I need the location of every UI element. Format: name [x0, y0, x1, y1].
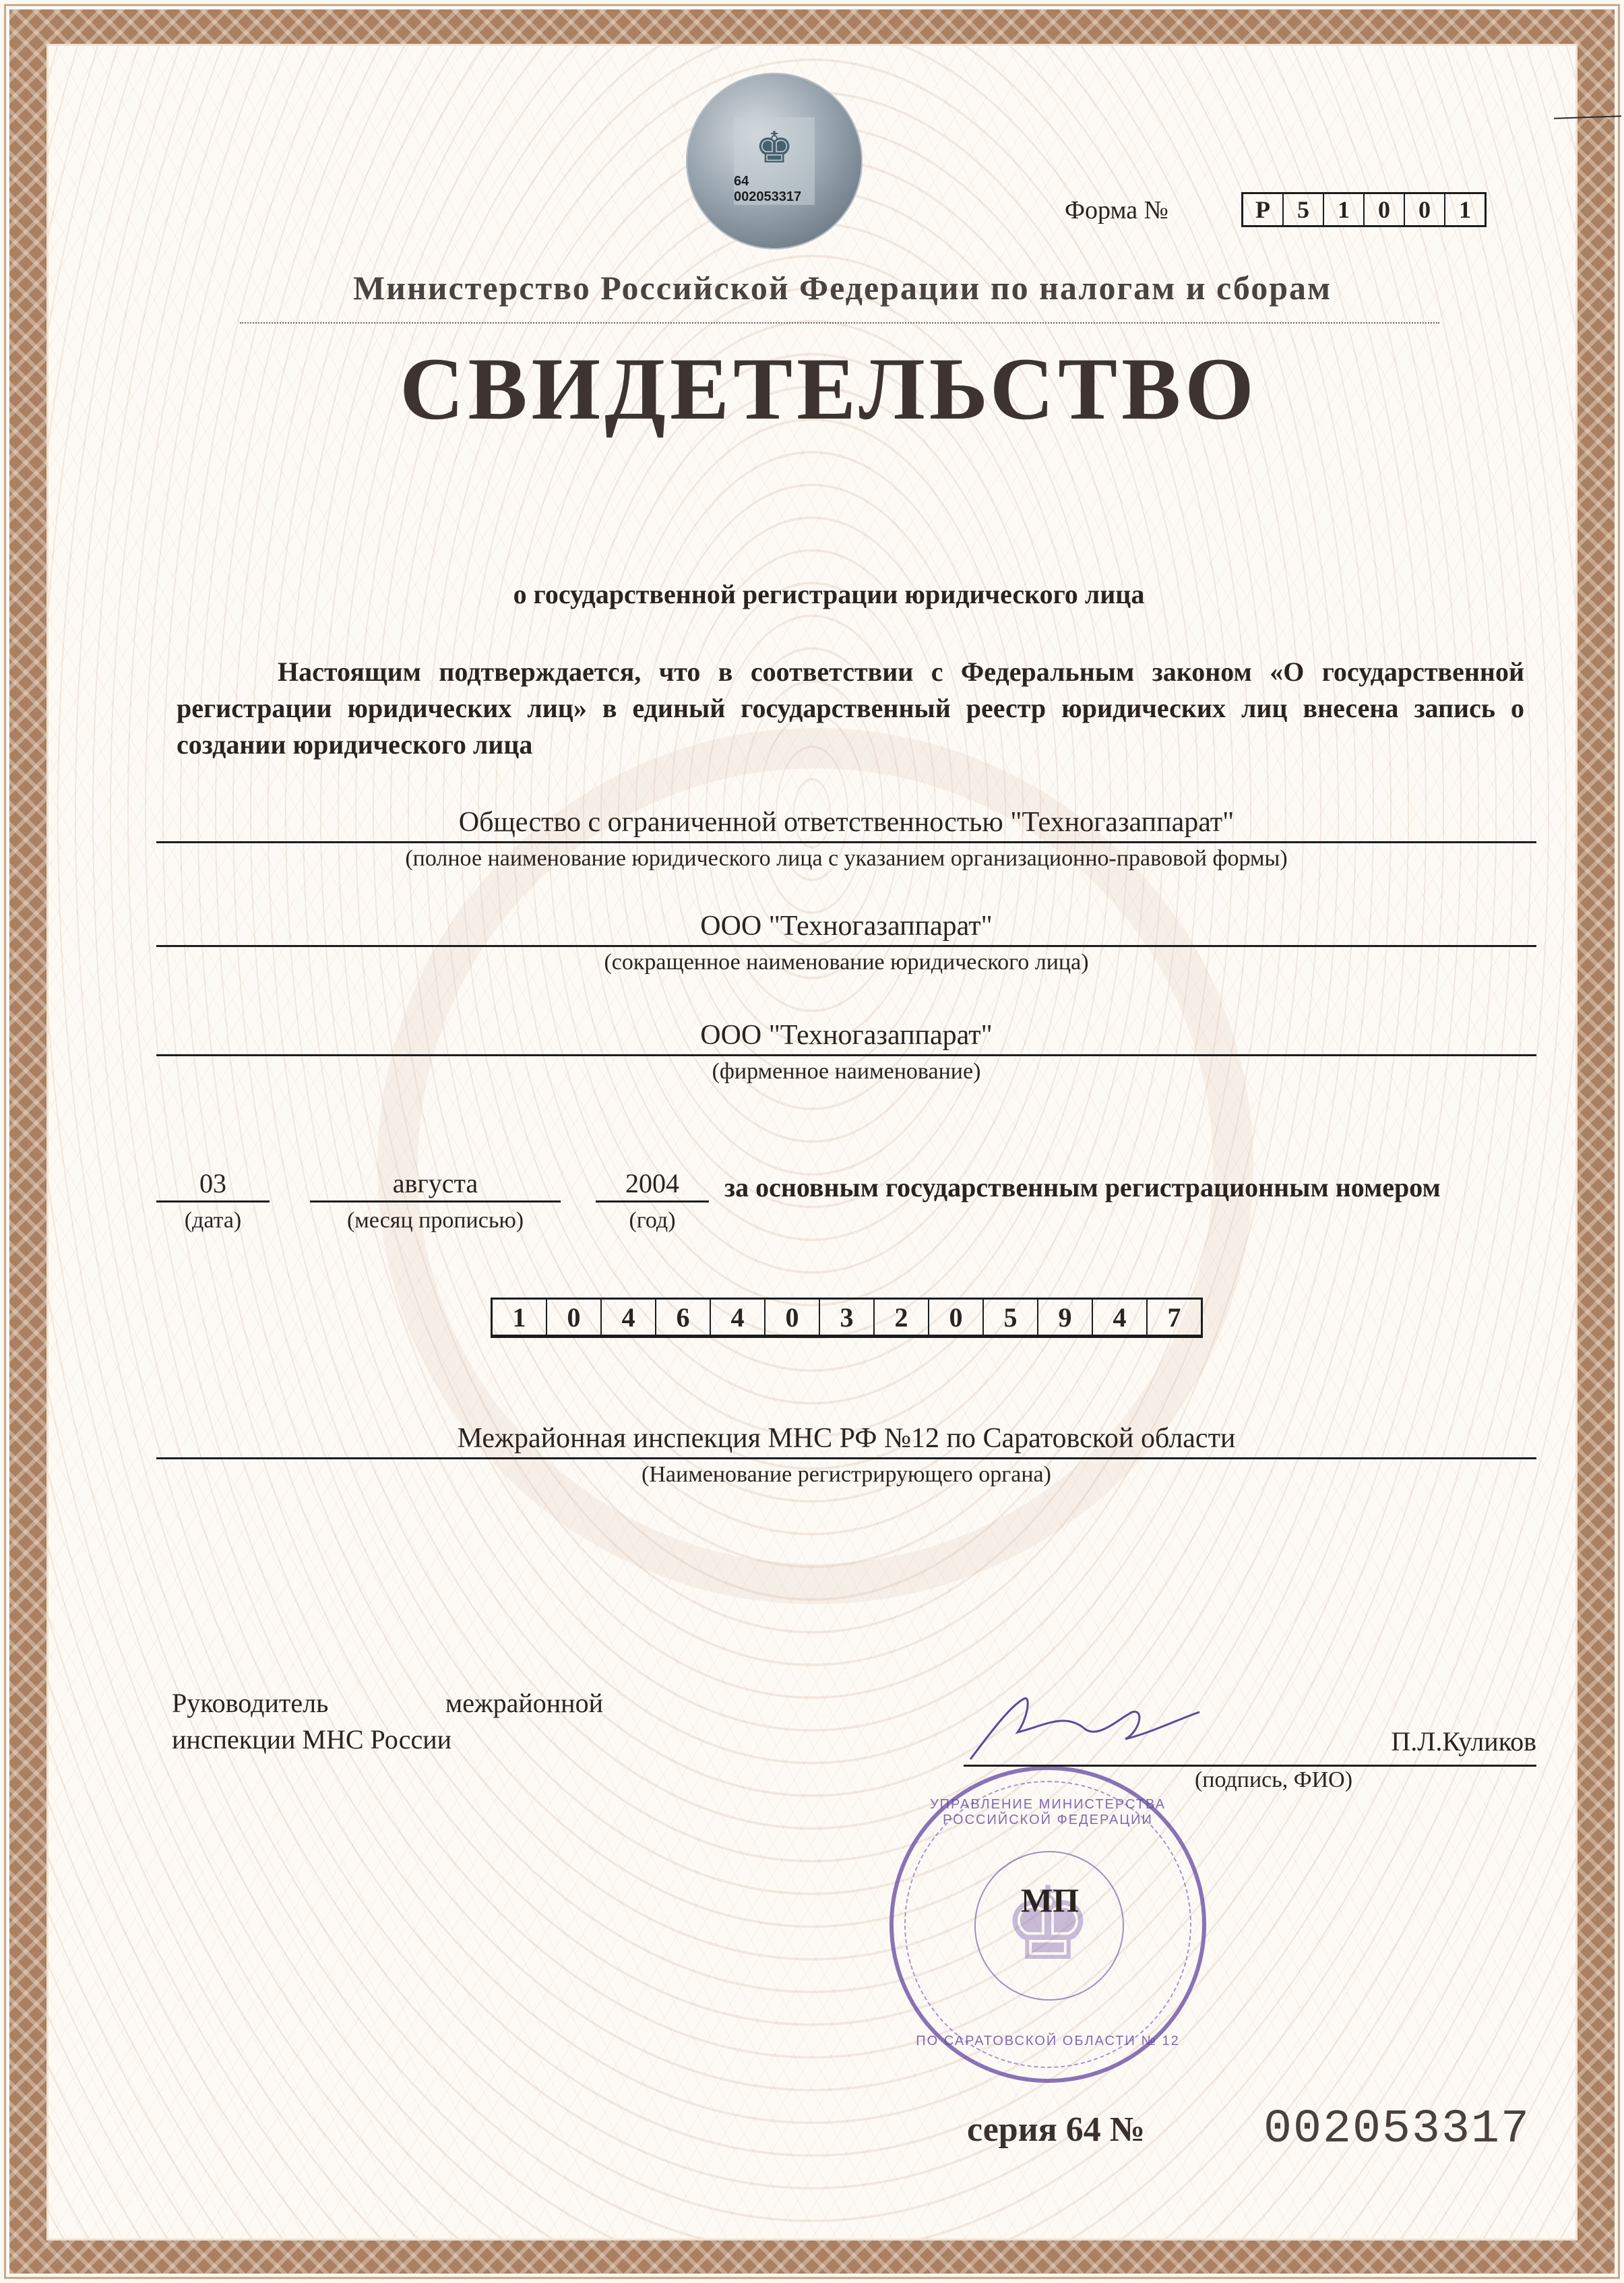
- date-year-field: 2004 (год): [596, 1167, 709, 1234]
- date-year-caption: (год): [596, 1208, 709, 1234]
- document-subtitle: о государственной регистрации юридическо…: [202, 578, 1456, 610]
- brand-name-caption: (фирменное наименование): [156, 1059, 1536, 1085]
- stamp-eagle-icon: ♚: [894, 1851, 1202, 1999]
- short-name-caption: (сокращенное наименование юридического л…: [156, 950, 1536, 975]
- series-label: серия 64 №: [967, 2110, 1145, 2150]
- date-day-field: 03 (дата): [156, 1167, 270, 1234]
- date-month-value: августа: [310, 1167, 561, 1203]
- registrar-value: Межрайонная инспекция МНС РФ №12 по Сара…: [156, 1422, 1536, 1459]
- short-name-field: ООО "Техногазаппарат" (сокращенное наиме…: [156, 910, 1536, 975]
- signatory-title-line1: Руководитель межрайонной: [172, 1685, 603, 1722]
- double-headed-eagle-icon: ♚: [755, 127, 793, 170]
- date-day-caption: (дата): [156, 1208, 270, 1234]
- ogrn-digit: 2: [873, 1300, 928, 1335]
- signatory-title-line2: инспекции МНС России: [172, 1722, 603, 1758]
- form-cell: 1: [1444, 194, 1485, 225]
- ogrn-cells: 1 0 4 6 4 0 3 2 0 5 9 4 7: [491, 1298, 1203, 1338]
- signature-line: [964, 1765, 1536, 1767]
- ogrn-digit: 0: [764, 1300, 819, 1335]
- ministry-divider: [240, 322, 1439, 324]
- handwritten-signature: [964, 1692, 1206, 1766]
- registration-number-label: за основным государственным регистрацион…: [724, 1171, 1441, 1203]
- form-cell: 0: [1404, 194, 1444, 225]
- date-year-value: 2004: [596, 1167, 709, 1203]
- date-month-caption: (месяц прописью): [310, 1208, 561, 1234]
- ogrn-digit: 4: [1092, 1300, 1146, 1335]
- ogrn-digit: 7: [1146, 1300, 1201, 1335]
- ministry-heading: Министерство Российской Федерации по нал…: [236, 268, 1449, 307]
- ogrn-digit: 5: [982, 1300, 1037, 1335]
- date-month-field: августа (месяц прописью): [310, 1167, 561, 1234]
- form-cell: 0: [1363, 194, 1404, 225]
- official-stamp: ♚ УПРАВЛЕНИЕ МИНИСТЕРСТВА РОССИЙСКОЙ ФЕД…: [889, 1766, 1206, 2083]
- seal-place-label: МП: [1021, 1881, 1079, 1920]
- form-cell: 5: [1282, 194, 1323, 225]
- ogrn-digit: 9: [1037, 1300, 1092, 1335]
- form-cell: Р: [1243, 194, 1282, 225]
- form-cell: 1: [1323, 194, 1363, 225]
- brand-name-field: ООО "Техногазаппарат" (фирменное наимено…: [156, 1019, 1536, 1085]
- form-number-label: Форма №: [1065, 195, 1168, 225]
- full-name-field: Общество с ограниченной ответственностью…: [156, 806, 1536, 872]
- preamble-text: Настоящим подтверждается, что в соответс…: [177, 654, 1524, 763]
- date-day-value: 03: [156, 1167, 270, 1203]
- ogrn-digit: 0: [928, 1300, 982, 1335]
- short-name-value: ООО "Техногазаппарат": [156, 910, 1536, 947]
- document-title: СВИДЕТЕЛЬСТВО: [202, 337, 1456, 440]
- registrar-field: Межрайонная инспекция МНС РФ №12 по Сара…: [156, 1422, 1536, 1488]
- stamp-bottom-text: ПО САРАТОВСКОЙ ОБЛАСТИ № 12: [894, 2034, 1202, 2049]
- ogrn-digit: 3: [819, 1300, 873, 1335]
- form-number-cells: Р 5 1 0 0 1: [1241, 192, 1487, 227]
- signatory-title: Руководитель межрайонной инспекции МНС Р…: [172, 1685, 603, 1758]
- brand-name-value: ООО "Техногазаппарат": [156, 1019, 1536, 1056]
- full-name-value: Общество с ограниченной ответственностью…: [156, 806, 1536, 843]
- ogrn-digit: 0: [546, 1300, 600, 1335]
- series-number: 002053317: [1263, 2103, 1530, 2156]
- signatory-name: П.Л.Куликов: [1280, 1726, 1536, 1757]
- ogrn-digit: 4: [600, 1300, 655, 1335]
- stamp-top-text: УПРАВЛЕНИЕ МИНИСТЕРСТВА РОССИЙСКОЙ ФЕДЕР…: [894, 1797, 1202, 1828]
- hologram-seal: ♚ 64 002053317: [686, 73, 863, 249]
- full-name-caption: (полное наименование юридического лица с…: [156, 846, 1536, 872]
- ogrn-digit: 4: [710, 1300, 764, 1335]
- ogrn-digit: 1: [493, 1300, 546, 1335]
- registrar-caption: (Наименование регистрирующего органа): [156, 1462, 1536, 1488]
- hologram-serial: 64 002053317: [734, 174, 815, 205]
- ogrn-digit: 6: [655, 1300, 710, 1335]
- signature-caption: (подпись, ФИО): [1146, 1767, 1402, 1793]
